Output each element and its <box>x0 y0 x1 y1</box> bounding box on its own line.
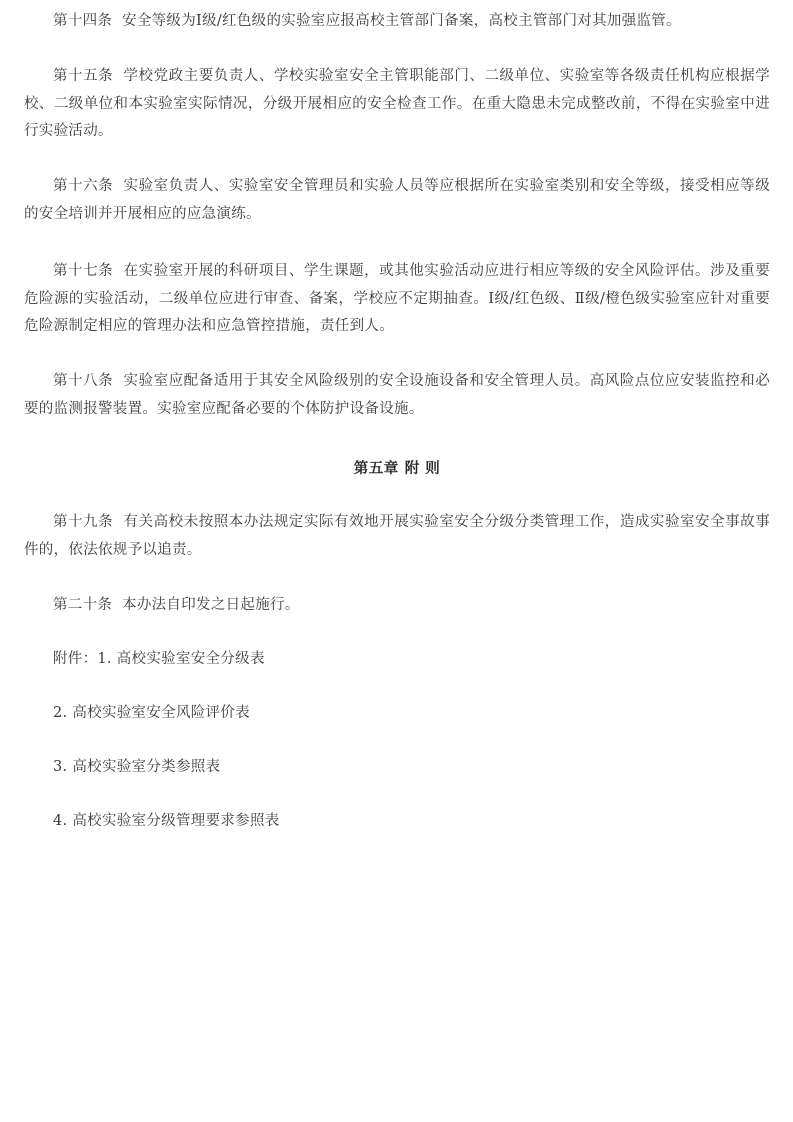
attachment-title: 1. 高校实验室安全分级表 <box>97 651 264 667</box>
article-label: 第二十条 <box>53 597 112 613</box>
article-19: 第十九条 有关高校未按照本办法规定实际有效地开展实验室安全分级分类管理工作，造成… <box>24 509 770 564</box>
article-text: 实验室负责人、实验室安全管理员和实验人员等应根据所在实验室类别和安全等级，接受相… <box>24 178 770 222</box>
article-label: 第十五条 <box>53 68 113 84</box>
attachment-item-2: 2. 高校实验室安全风险评价表 <box>24 700 770 728</box>
article-text: 本办法自印发之日起施行。 <box>122 597 300 613</box>
attachment-title: 4. 高校实验室分级管理要求参照表 <box>53 813 280 829</box>
attachment-title: 3. 高校实验室分类参照表 <box>53 759 220 775</box>
chapter-heading: 第五章附 则 <box>24 455 770 482</box>
attachment-item-3: 3. 高校实验室分类参照表 <box>24 754 770 782</box>
article-text: 有关高校未按照本办法规定实际有效地开展实验室安全分级分类管理工作，造成实验室安全… <box>24 514 770 558</box>
article-text: 学校党政主要负责人、学校实验室安全主管职能部门、二级单位、实验室等各级责任机构应… <box>24 68 770 139</box>
article-text: 实验室应配备适用于其安全风险级别的安全设施设备和安全管理人员。高风险点位应安装监… <box>24 373 770 417</box>
article-label: 第十四条 <box>53 13 112 29</box>
attachment-title: 2. 高校实验室安全风险评价表 <box>53 705 250 721</box>
article-text: 安全等级为Ⅰ级/红色级的实验室应报高校主管部门备案，高校主管部门对其加强监管。 <box>122 13 681 29</box>
article-20: 第二十条 本办法自印发之日起施行。 <box>24 592 770 620</box>
attachment-item-1: 附件：1. 高校实验室安全分级表 <box>24 646 770 674</box>
article-15: 第十五条 学校党政主要负责人、学校实验室安全主管职能部门、二级单位、实验室等各级… <box>24 63 770 146</box>
article-label: 第十七条 <box>53 263 113 279</box>
article-label: 第十八条 <box>53 373 113 389</box>
attachment-item-4: 4. 高校实验室分级管理要求参照表 <box>24 808 770 836</box>
chapter-number: 第五章 <box>354 460 399 477</box>
article-16: 第十六条 实验室负责人、实验室安全管理员和实验人员等应根据所在实验室类别和安全等… <box>24 173 770 228</box>
article-label: 第十六条 <box>53 178 113 194</box>
article-18: 第十八条 实验室应配备适用于其安全风险级别的安全设施设备和安全管理人员。高风险点… <box>24 368 770 423</box>
chapter-title: 附 则 <box>405 460 441 477</box>
article-text: 在实验室开展的科研项目、学生课题，或其他实验活动应进行相应等级的安全风险评估。涉… <box>24 263 770 334</box>
article-17: 第十七条 在实验室开展的科研项目、学生课题，或其他实验活动应进行相应等级的安全风… <box>24 258 770 341</box>
article-14: 第十四条 安全等级为Ⅰ级/红色级的实验室应报高校主管部门备案，高校主管部门对其加… <box>24 8 770 36</box>
article-label: 第十九条 <box>53 514 113 530</box>
attachments-prefix: 附件： <box>53 651 97 667</box>
